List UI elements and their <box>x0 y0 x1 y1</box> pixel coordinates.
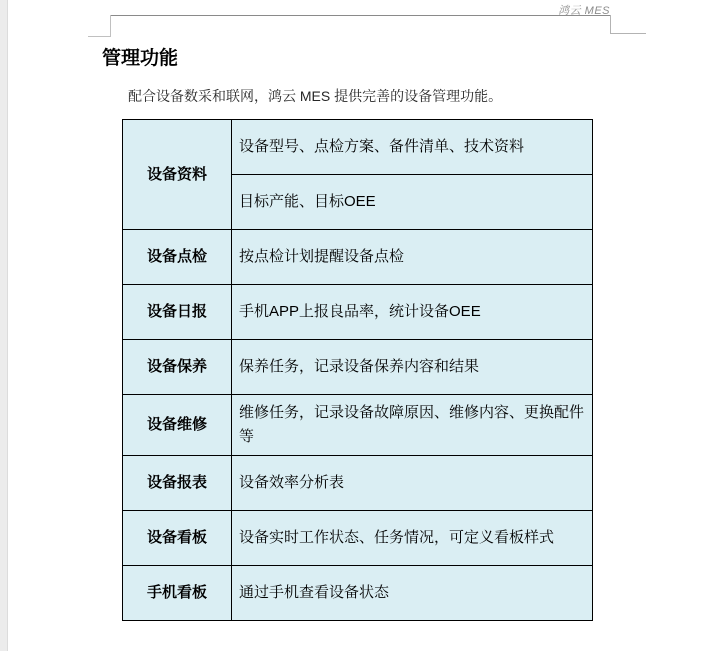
table-label-cell: 设备报表 <box>123 456 232 511</box>
table-label-cell: 设备日报 <box>123 285 232 340</box>
page-title: 管理功能 <box>102 43 178 70</box>
table-row: 手机看板通过手机查看设备状态 <box>123 566 593 621</box>
table-row: 设备看板设备实时工作状态、任务情况，可定义看板样式 <box>123 511 593 566</box>
table-detail-cell: 设备型号、点检方案、备件清单、技术资料 <box>232 120 593 175</box>
table-label-cell: 手机看板 <box>123 566 232 621</box>
table-detail-cell: 维修任务，记录设备故障原因、维修内容、更换配件等 <box>232 395 593 456</box>
functions-table: 设备资料设备型号、点检方案、备件清单、技术资料目标产能、目标OEE设备点检按点检… <box>122 119 593 621</box>
table-label-cell: 设备看板 <box>123 511 232 566</box>
table-row: 设备报表设备效率分析表 <box>123 456 593 511</box>
text-boundary-mark-right <box>610 33 646 34</box>
table-detail-cell: 通过手机查看设备状态 <box>232 566 593 621</box>
table-row: 设备维修维修任务，记录设备故障原因、维修内容、更换配件等 <box>123 395 593 456</box>
table-row: 设备点检按点检计划提醒设备点检 <box>123 230 593 285</box>
text-boundary-mark-left <box>110 15 111 37</box>
header-boundary-line <box>110 15 611 16</box>
table-detail-cell: 目标产能、目标OEE <box>232 175 593 230</box>
text-boundary-mark-left <box>88 36 111 37</box>
table-detail-cell: 设备效率分析表 <box>232 456 593 511</box>
document-window: 鸿云 MES 管理功能 配合设备数采和联网，鸿云 MES 提供完善的设备管理功能… <box>0 0 716 651</box>
text-boundary-mark-right <box>610 15 611 34</box>
intro-paragraph: 配合设备数采和联网，鸿云 MES 提供完善的设备管理功能。 <box>128 86 502 106</box>
table-detail-cell: 按点检计划提醒设备点检 <box>232 230 593 285</box>
table-label-cell: 设备点检 <box>123 230 232 285</box>
table-row: 设备资料设备型号、点检方案、备件清单、技术资料 <box>123 120 593 175</box>
table-detail-cell: 设备实时工作状态、任务情况，可定义看板样式 <box>232 511 593 566</box>
table-label-cell: 设备保养 <box>123 340 232 395</box>
table-detail-cell: 手机APP上报良品率，统计设备OEE <box>232 285 593 340</box>
table-row: 设备日报手机APP上报良品率，统计设备OEE <box>123 285 593 340</box>
table-label-cell: 设备资料 <box>123 120 232 230</box>
table-row: 设备保养保养任务，记录设备保养内容和结果 <box>123 340 593 395</box>
functions-table-container: 设备资料设备型号、点检方案、备件清单、技术资料目标产能、目标OEE设备点检按点检… <box>122 119 593 621</box>
page-edge-strip <box>0 0 8 651</box>
table-label-cell: 设备维修 <box>123 395 232 456</box>
table-detail-cell: 保养任务，记录设备保养内容和结果 <box>232 340 593 395</box>
